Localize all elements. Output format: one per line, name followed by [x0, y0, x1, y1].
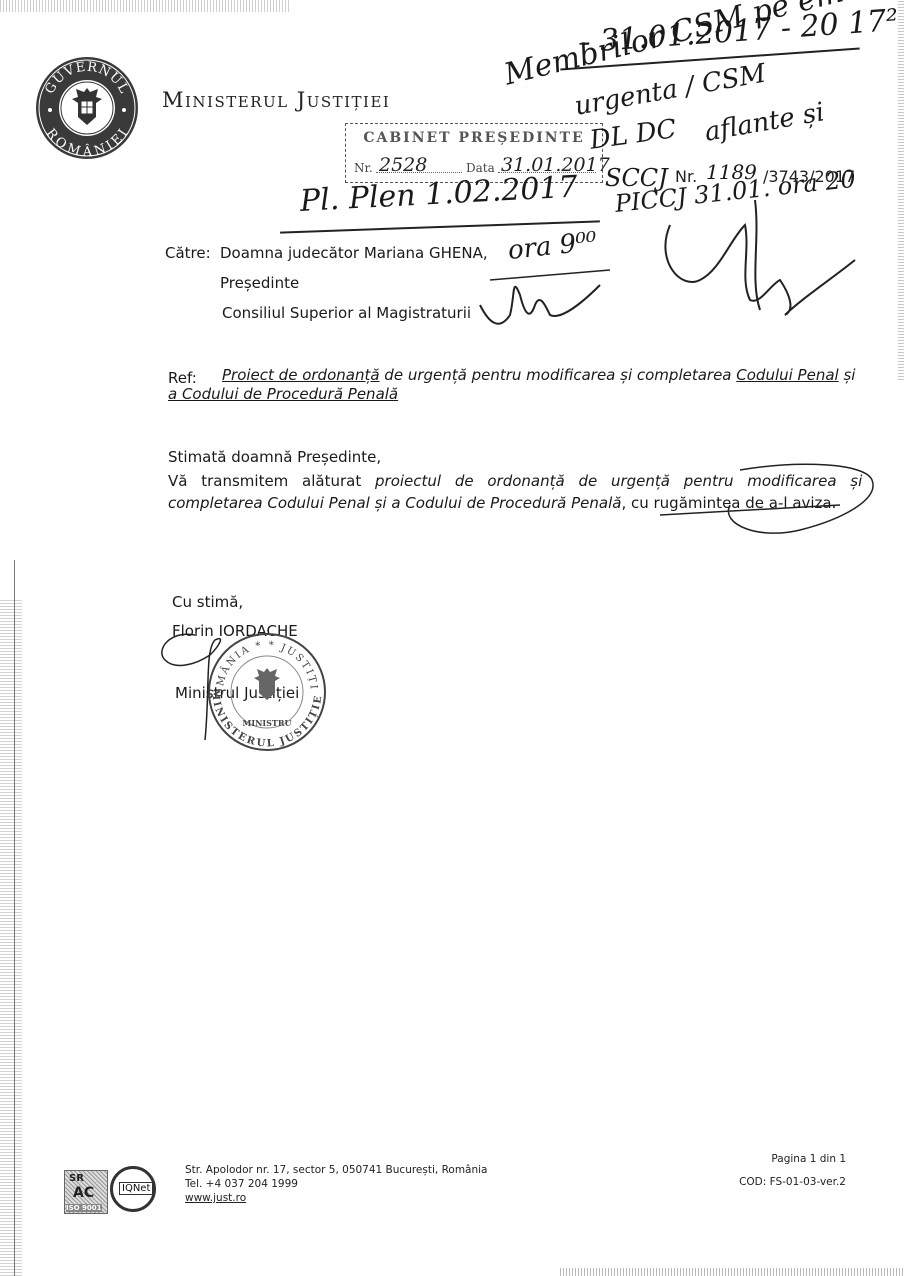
reference-number-prefix: Nr. [675, 167, 697, 186]
iqnet-logo-icon: IQNet [110, 1166, 156, 1212]
handwritten-plen-date: Pl. Plen 1.02.2017 [299, 169, 578, 218]
footer-website-link[interactable]: www.just.ro [185, 1191, 488, 1205]
handwritten-time: ora 9⁰⁰ [506, 227, 598, 266]
page-number: Pagina 1 din 1 [771, 1153, 846, 1165]
document-code: COD: FS-01-03-ver.2 [739, 1176, 846, 1188]
footer-contact: Str. Apolodor nr. 17, sector 5, 050741 B… [185, 1163, 488, 1205]
reference-number-typed: /3743/2017 [763, 167, 855, 186]
body-text-italic-2: completarea Codului Penal și a Codului d… [168, 494, 621, 512]
scan-border-top [0, 0, 290, 12]
minister-signature-icon [150, 600, 270, 760]
handwritten-note-3: DL DC [588, 114, 678, 156]
handwritten-note-4: aflante și [702, 97, 826, 148]
salutation: Stimată doamnă Președinte, [168, 448, 381, 466]
reference-underlined-2: Codului Penal [736, 366, 838, 384]
scan-edge-line [14, 560, 15, 1276]
government-seal-icon: GUVERNUL ROMÂNIEI [34, 55, 140, 161]
cert-ac-text: AC [73, 1185, 94, 1201]
handwritten-initials-icon [470, 265, 620, 335]
handwritten-circle-mark-icon [640, 455, 885, 550]
body-text-start: Vă transmitem alăturat [168, 472, 375, 490]
cert-sr-text: SR [69, 1173, 84, 1184]
footer-phone: Tel. +4 037 204 1999 [185, 1177, 488, 1191]
stamp-date-label: Data [466, 161, 495, 175]
stamp-nr-label: Nr. [354, 161, 373, 175]
scan-border-left [0, 600, 22, 1276]
recipient-institution: Consiliul Superior al Magistraturii [222, 304, 471, 322]
recipient-name: Doamna judecător Mariana GHENA, [220, 244, 488, 262]
reference-text-line1: Proiect de ordonanță de urgență pentru m… [222, 366, 855, 384]
stamp-title: CABINET PREȘEDINTE [346, 130, 602, 146]
ministry-title: Ministerul Justiției [162, 88, 390, 112]
sr-iso-9001-logo-icon: SR AC ISO 9001 [64, 1170, 108, 1214]
stamp-nr-value: 2528 [379, 154, 427, 176]
reference-part-2: de urgență pentru modificarea și complet… [380, 366, 737, 384]
recipient-label: Către: [165, 244, 211, 262]
cert-iqnet-text: IQNet [119, 1182, 153, 1195]
scan-border-bottom [560, 1268, 904, 1276]
recipient-title: Președinte [220, 274, 299, 292]
reference-part-4: și [839, 366, 856, 384]
handwritten-signature-icon [650, 200, 880, 330]
footer-address: Str. Apolodor nr. 17, sector 5, 050741 B… [185, 1163, 488, 1177]
reference-number-handwritten: 1189 [706, 160, 757, 184]
reference-text-line2: a Codului de Procedură Penală [168, 385, 398, 403]
scan-border-right [898, 0, 904, 380]
cert-iso-text: ISO 9001 [66, 1204, 102, 1212]
reference-underlined-1: Proiect de ordonanță [222, 366, 380, 384]
